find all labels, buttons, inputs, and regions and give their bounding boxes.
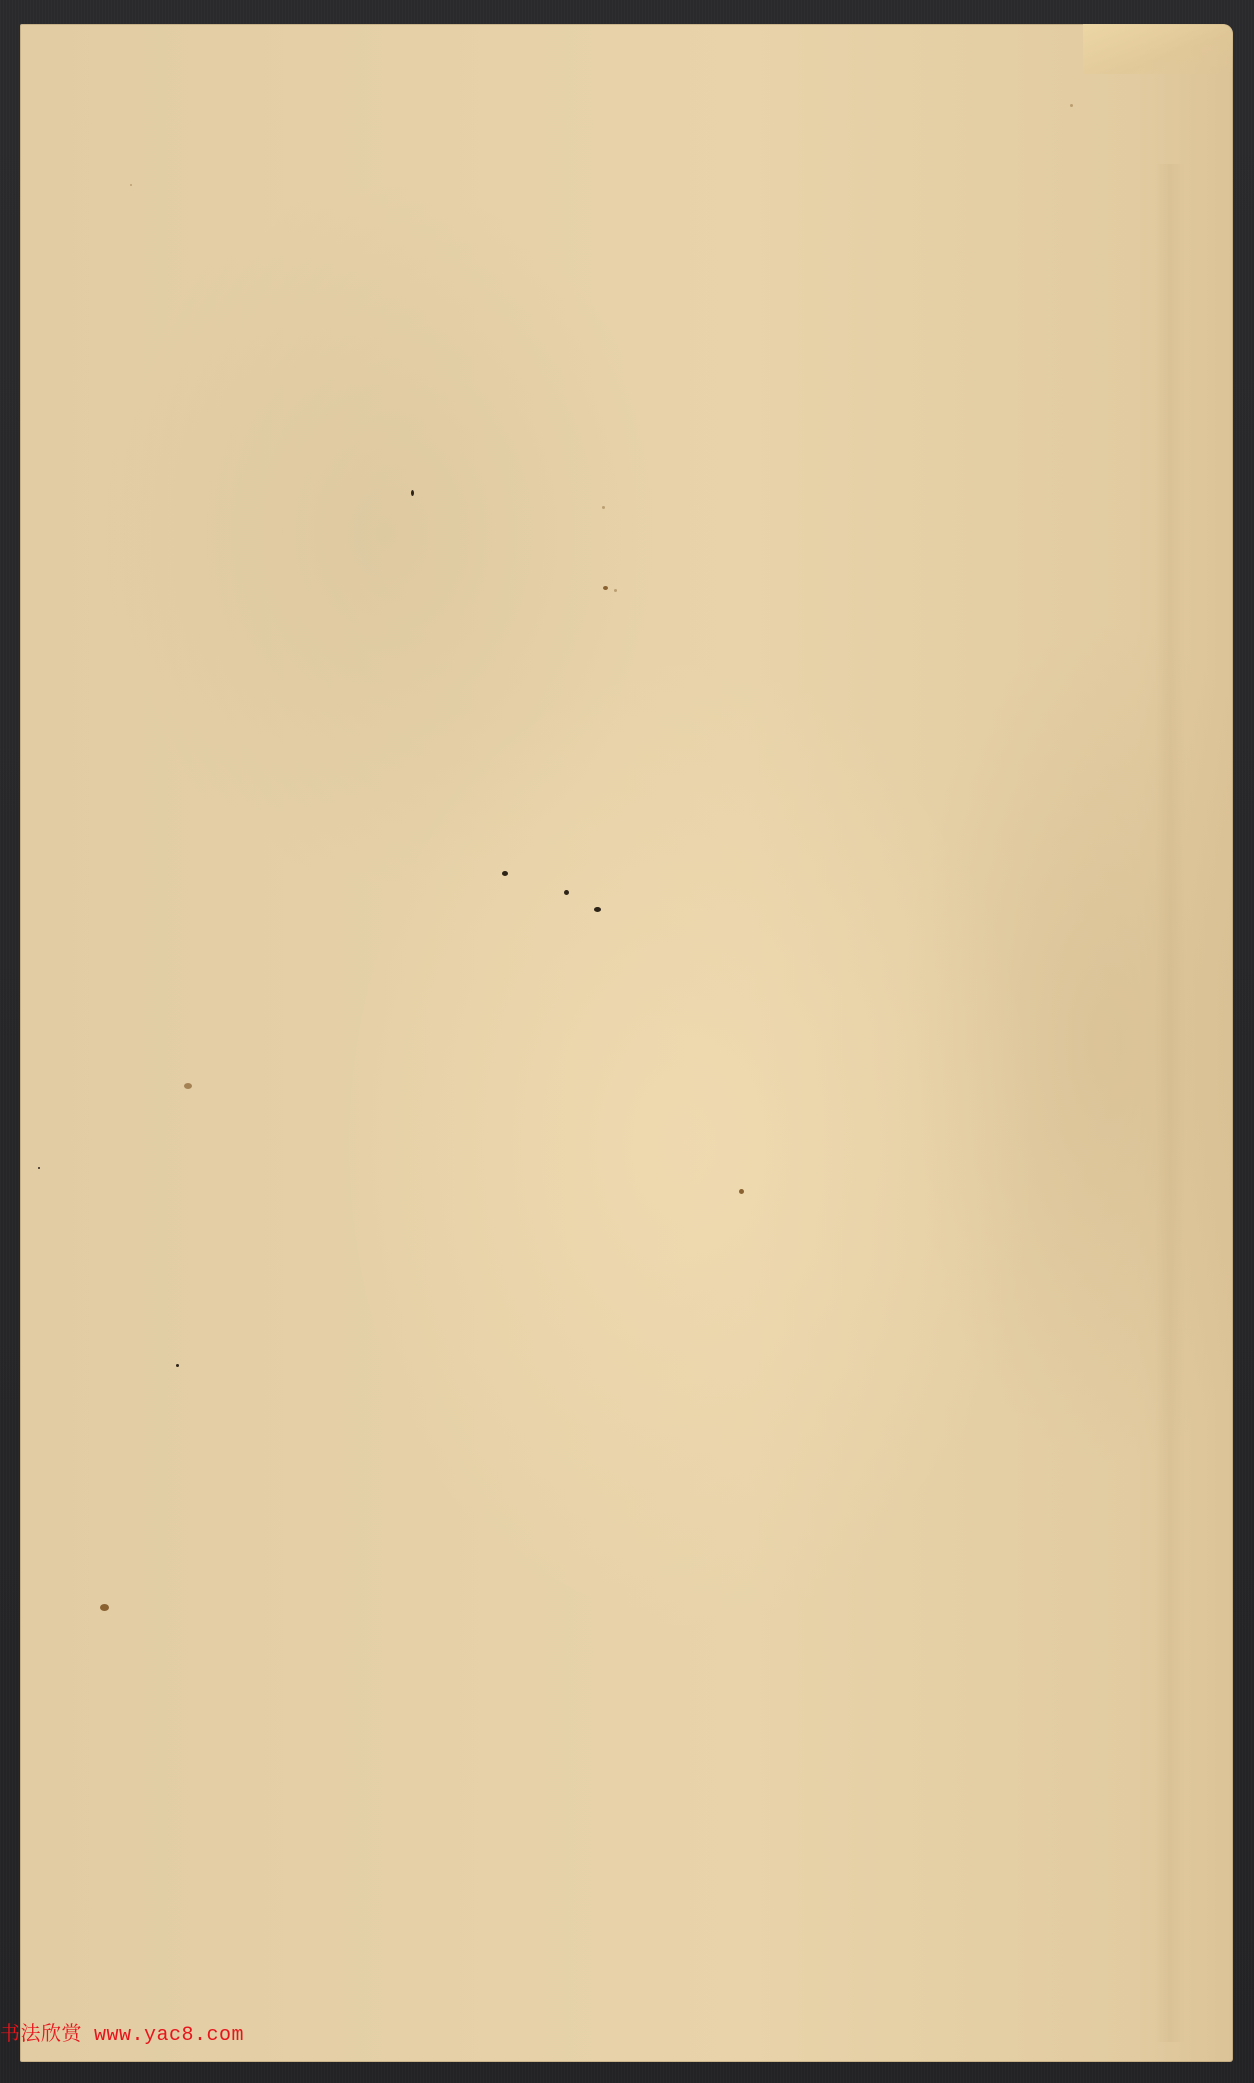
watermark-label: 书法欣赏: [0, 2021, 82, 2045]
speck: [502, 871, 508, 876]
speck: [411, 490, 414, 496]
speck: [564, 890, 569, 895]
corner-crease: [1083, 24, 1233, 74]
speck: [176, 1364, 179, 1367]
speck: [594, 907, 601, 912]
speck: [739, 1189, 744, 1194]
watermark-url[interactable]: www.yac8.com: [94, 2024, 244, 2047]
blank-page: [20, 24, 1233, 2062]
speck: [130, 184, 132, 186]
speck: [602, 506, 605, 509]
speck: [184, 1083, 192, 1089]
speck: [1070, 104, 1073, 107]
watermark: 书法欣赏www.yac8.com: [0, 2020, 244, 2049]
speck: [38, 1167, 40, 1169]
speck: [603, 586, 608, 590]
speck: [614, 589, 617, 592]
speck: [100, 1604, 109, 1611]
